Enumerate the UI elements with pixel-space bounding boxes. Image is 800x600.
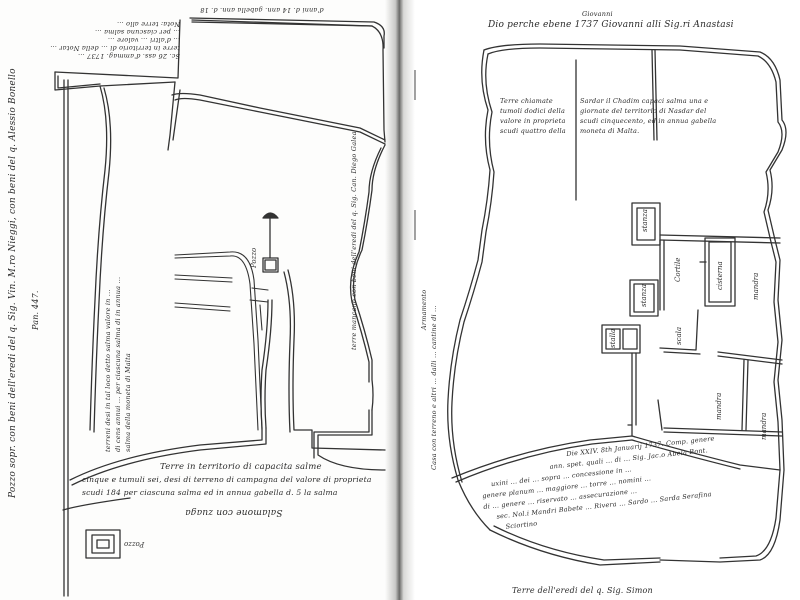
field-text-line: Sardar il Chadim capaci salma una e — [580, 96, 716, 106]
field-text-line: Terre chiamate — [500, 96, 566, 106]
room-label: stanza — [640, 284, 648, 307]
left-right-side-note: terre mancano con beni dell'eredi del q.… — [350, 131, 358, 350]
left-bottom-note-line-1: Terre in territorio di capacita salme — [160, 462, 322, 473]
left-margin-page-number: Pan. 447. — [30, 290, 41, 330]
left-inner-note-line-2: di cens annui ... per ciascuna salma di … — [114, 277, 122, 452]
note-line: Sc. 26 ass. d'ammag. 1737 ... — [60, 52, 180, 60]
left-top-right-note: d'anni d. 14 ann. gabella ann. d. 18 — [200, 6, 324, 14]
field-text-line: tumoli dodici della — [500, 106, 566, 116]
right-margin-vertical-label: Armamento — [420, 290, 428, 330]
left-bottom-inverted-note: Salamone con zuaga — [185, 506, 282, 517]
field-text-line: scudi cinquecento, ed in annua gabella — [580, 116, 716, 126]
note-line: ... per ciascuna salma ... — [60, 28, 180, 36]
header-superscript: Giovanni — [582, 10, 613, 18]
field-text-line: giornate del territorio di Nasdar del — [580, 106, 716, 116]
corner-well-icon — [86, 530, 120, 558]
note-line: Nota: terre allo ... — [60, 20, 180, 28]
field-text-line: scudi quattro della — [500, 126, 566, 136]
right-margin-vertical-note: Casa con terreno e altri ... dalli ... c… — [430, 305, 438, 470]
left-inner-note-line-3: salma della moneta di Malta — [124, 353, 132, 452]
field-text-right: Sardar il Chadim capaci salma una e gior… — [580, 96, 716, 136]
left-bottom-note-line-2: cinque e tumuli sei, desi di terreno di … — [82, 474, 372, 485]
right-page-header: Dio perche ebene 1737 Giovanni alli Sig.… — [488, 20, 734, 31]
building-plan — [602, 203, 782, 436]
right-page-footer: Terre dell'eredi del q. Sig. Simon — [512, 585, 653, 596]
left-margin-title: Pozzo sopr. con beni dell'eredi del q. S… — [8, 68, 19, 498]
room-label: Cortile — [674, 258, 682, 282]
left-field-furrows — [175, 252, 268, 430]
room-label: mandra — [715, 393, 723, 420]
left-inner-note-line-1: terreni desi in tal loco detto salma val… — [104, 289, 112, 452]
room-label: scala — [675, 327, 683, 345]
field-text-line: moneta di Malta. — [580, 126, 716, 136]
field-text-line: valore in proprieta — [500, 116, 566, 126]
well-label: Pozzo — [250, 248, 258, 268]
corner-well-label: Pozzo — [124, 540, 144, 548]
note-line: terre in territorio di ... della Notar .… — [60, 44, 180, 52]
room-label: stanza — [641, 209, 649, 232]
left-top-inverted-note: Sc. 26 ass. d'ammag. 1737 ... terre in t… — [60, 20, 180, 60]
note-line: ... d'altri ... valore ... — [60, 36, 180, 44]
room-label: stalla — [609, 329, 617, 348]
room-label: mandra — [752, 273, 760, 300]
left-bottom-note-line-3: scudi 184 per ciascuna salma ed in annua… — [82, 487, 338, 498]
field-text-left: Terre chiamate tumoli dodici della valor… — [500, 96, 566, 136]
room-label: mandra — [760, 413, 768, 440]
room-label: cisterna — [716, 261, 724, 290]
well-icon — [263, 213, 278, 272]
